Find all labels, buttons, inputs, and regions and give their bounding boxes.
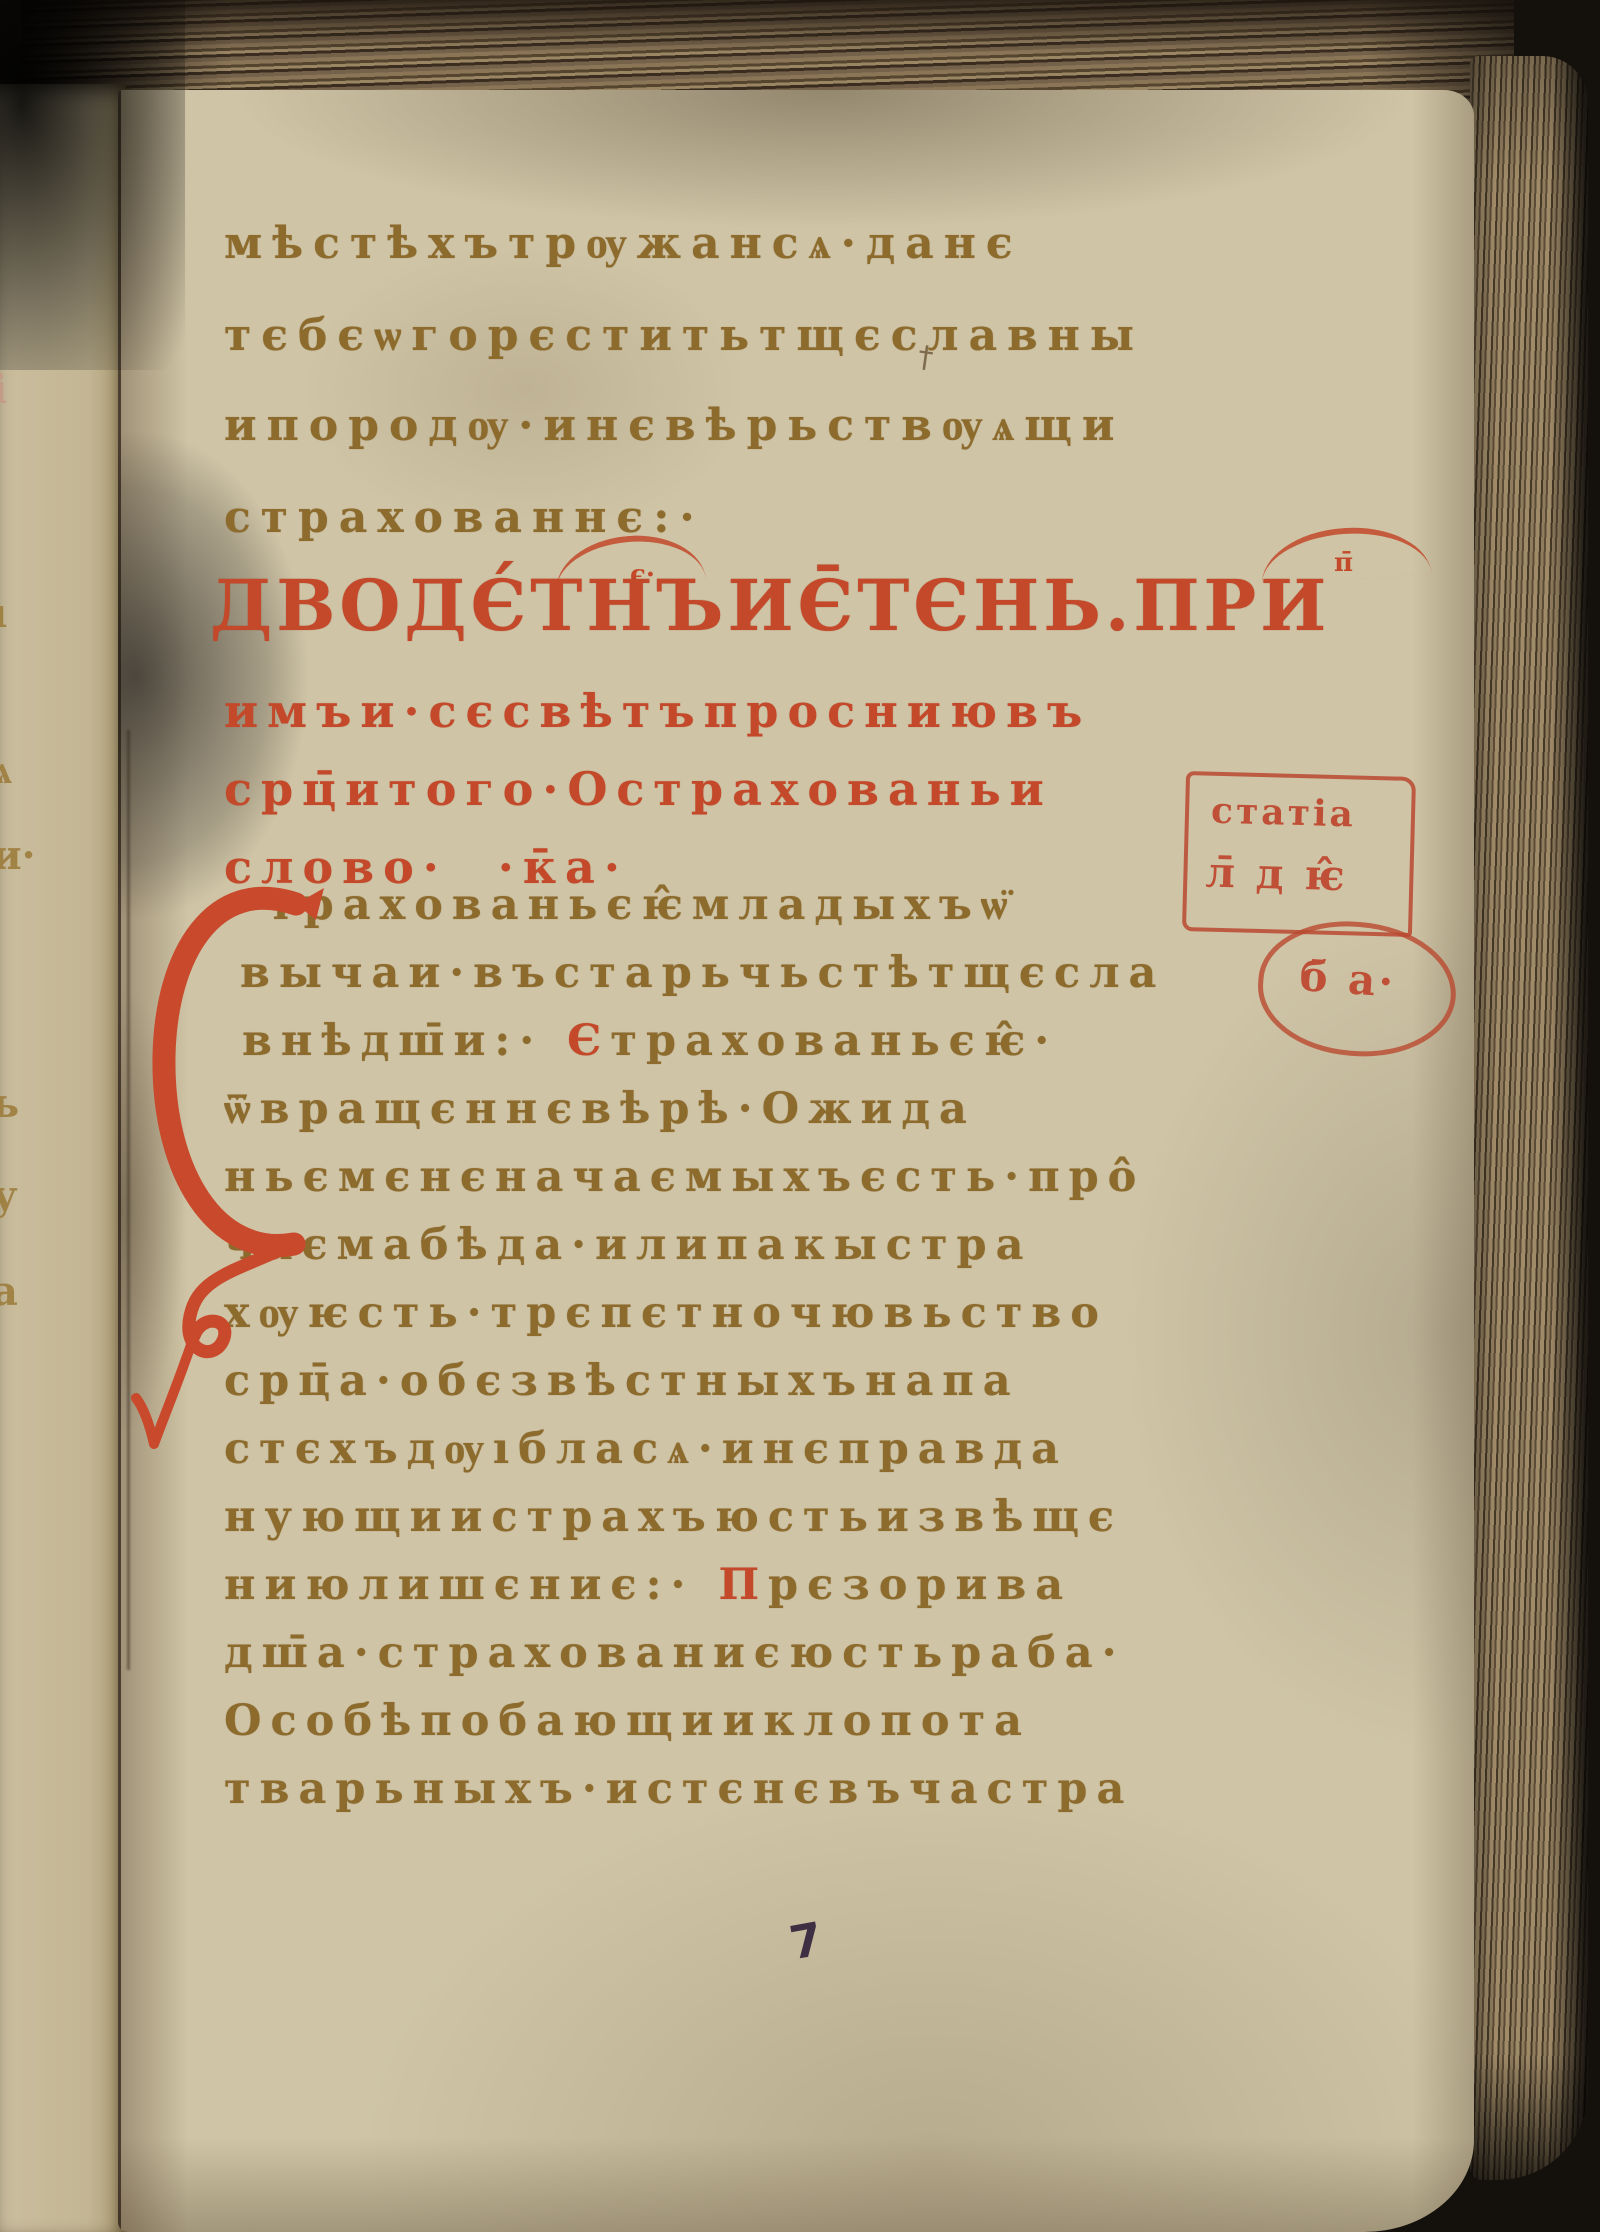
text-line: ипородѹ·инєвѣрьствѹѧщи [224,400,1125,451]
manuscript-photo: і ı ѧ и· ь у а мѣстѣхътрѹжансѧ·данє тєбє… [0,0,1600,2232]
leaf-fragment: у [0,1172,18,1219]
leaf-fragment: и· [0,832,36,879]
text-line: стєхъдѹıбласѧ·инєправда [224,1424,1068,1474]
margin-note-line: статіа [1211,790,1357,836]
ornamental-initial-s [128,858,338,1458]
text-line: мѣстѣхътрѹжансѧ·данє [224,218,1023,269]
leaf-fragment: ѧ [0,746,12,793]
text-line: Особѣпобающииклопота [224,1696,1031,1746]
facing-leaf-sliver: і ı ѧ и· ь у а [0,84,126,2232]
margin-note-line: л̄ д ѥ̂ [1205,848,1349,901]
book-fore-edge [1470,56,1588,2180]
margin-note-bubble: б̄ а· [1254,915,1461,1062]
text-line: хѹѥсть·трєпєтночювьство [224,1288,1108,1338]
text-line: дш̄а·страхованиєюстьраба· [224,1628,1126,1678]
leaf-fragment: і [0,366,7,413]
page-number: 7 [786,1912,827,1971]
text-line: ниюлишєниє:· Прєзорива [224,1560,1072,1610]
rubric-line: срц̄итого·Острахованьи [224,762,1053,816]
leaf-fragment: а [0,1268,18,1315]
text-line: внѣдш̄и:· Єтрахованьєѥ̂· [242,1016,1058,1066]
rubric-heading: ДВОДЄ́ТНЪИЄ̄ТЄНЬ.ПРИ [210,564,1330,647]
leaf-fragment: ı [0,590,7,637]
gutter-crease [118,90,121,2232]
margin-note-box: статіа л̄ д ѥ̂ [1182,771,1416,937]
leaf-fragment: ь [0,1080,19,1127]
text-line: нующиистрахъюстьизвѣщє [224,1492,1123,1542]
text-line: вычаи·въстарьчьстѣтщєсла [240,948,1165,998]
text-line: тварьныхъ·истєнєвъчастра [224,1764,1133,1814]
rubric-line: имъи·сєсвѣтъпросниювъ [224,684,1091,738]
text-line: ньємєнєначаємыхъєсть·про̂ [224,1152,1145,1202]
text-line: тєбєѡгорєститьтщєславны [224,310,1144,361]
margin-note-line: б̄ а· [1298,951,1398,1007]
heading-superscript: п̄ [1334,548,1353,578]
text-line: чаємабѣда·илипакыстра [224,1220,1033,1270]
text-line: срц̄а·обєзвѣстныхънапа [224,1356,1020,1406]
manuscript-page: мѣстѣхътрѹжансѧ·данє тєбєѡгорєститьтщєсл… [118,90,1474,2232]
text-line: трахованьєѥ̂младыхъѡ̈ [268,880,1016,930]
